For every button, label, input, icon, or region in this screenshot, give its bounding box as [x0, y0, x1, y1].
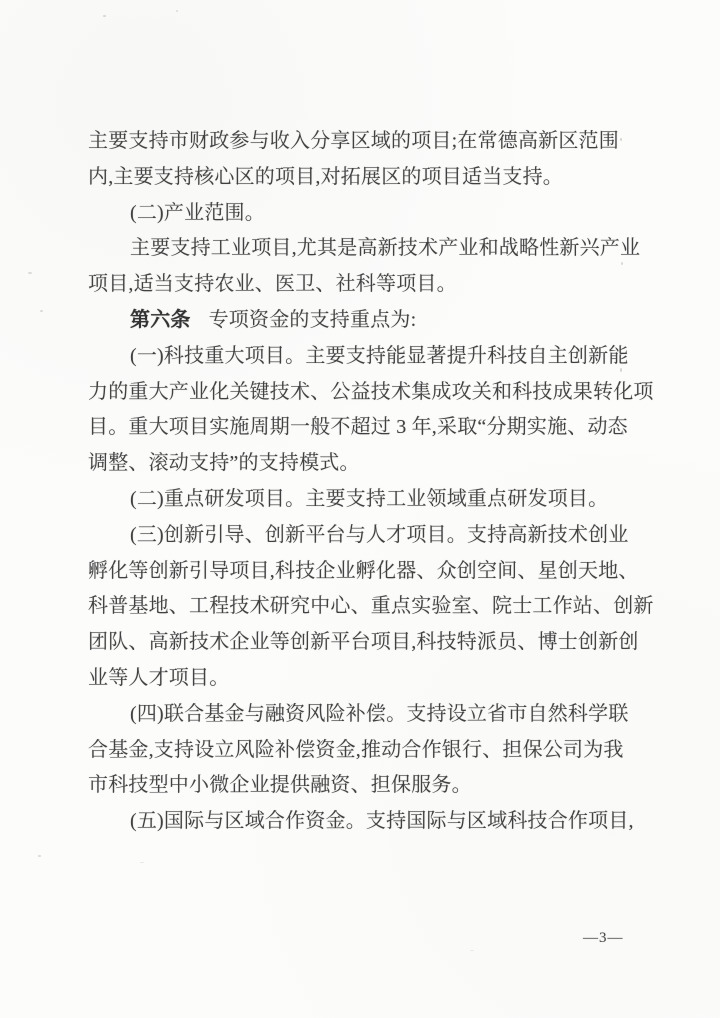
scan-speck: [38, 855, 41, 857]
text-line: 团队、高新技术企业等创新平台项目,科技特派员、博士创新创: [88, 625, 668, 661]
scan-speck: [103, 15, 106, 17]
scan-speck: [140, 862, 144, 863]
text-line: (四)联合基金与融资风险补偿。支持设立省市自然科学联: [88, 697, 668, 733]
text-line: (五)国际与区域合作资金。支持国际与区域科技合作项目,: [88, 804, 668, 840]
scan-speck: [470, 950, 474, 951]
text-line: (三)创新引导、创新平台与人才项目。支持高新技术创业: [88, 518, 668, 554]
line-text: 项目,适当支持农业、医卫、社科等项目。: [88, 273, 457, 295]
document-page: 主要支持市财政参与收入分享区域的项目;在常德高新区范围内,主要支持核心区的项目,…: [0, 0, 720, 1018]
text-line: 调整、滚动支持”的支持模式。: [88, 446, 668, 482]
article-number-label: 第六条: [130, 309, 191, 331]
line-text: 科普基地、工程技术研究中心、重点实验室、院士工作站、创新: [88, 595, 654, 617]
line-text: 主要支持市财政参与收入分享区域的项目;在常德高新区范围: [88, 130, 619, 152]
text-line: (一)科技重大项目。主要支持能显著提升科技自主创新能: [88, 339, 668, 375]
text-line: 合基金,支持设立风险补偿资金,推动合作银行、担保公司为我: [88, 733, 668, 769]
line-text: 业等人才项目。: [88, 667, 229, 689]
scan-speck: [28, 272, 32, 274]
scan-speck: [622, 432, 624, 435]
line-text: 合基金,支持设立风险补偿资金,推动合作银行、担保公司为我: [88, 739, 624, 761]
line-text: (二)产业范围。: [130, 202, 265, 224]
scan-speck: [620, 368, 622, 372]
document-body: 主要支持市财政参与收入分享区域的项目;在常德高新区范围内,主要支持核心区的项目,…: [88, 124, 668, 840]
text-line: 主要支持市财政参与收入分享区域的项目;在常德高新区范围: [88, 124, 668, 160]
scan-speck: [620, 138, 622, 141]
line-text: (一)科技重大项目。主要支持能显著提升科技自主创新能: [130, 345, 629, 367]
line-text: 专项资金的支持重点为:: [209, 309, 417, 331]
text-line: 目。重大项目实施周期一般不超过 3 年,采取“分期实施、动态: [88, 410, 668, 446]
text-line: (二)重点研发项目。主要支持工业领域重点研发项目。: [88, 482, 668, 518]
text-line: 科普基地、工程技术研究中心、重点实验室、院士工作站、创新: [88, 589, 668, 625]
line-text: 调整、滚动支持”的支持模式。: [88, 452, 360, 474]
scan-speck: [40, 310, 43, 312]
line-text: (四)联合基金与融资风险补偿。支持设立省市自然科学联: [130, 703, 629, 725]
scan-speck: [621, 262, 623, 265]
line-text: 内,主要支持核心区的项目,对拓展区的项目适当支持。: [88, 166, 563, 188]
page-number: —3—: [583, 930, 624, 947]
line-text: 市科技型中小微企业提供融资、担保服务。: [88, 774, 472, 796]
line-text: 目。重大项目实施周期一般不超过 3 年,采取“分期实施、动态: [88, 416, 628, 438]
line-text: (三)创新引导、创新平台与人才项目。支持高新技术创业: [130, 524, 629, 546]
line-text: 孵化等创新引导项目,科技企业孵化器、众创空间、星创天地、: [88, 560, 639, 582]
line-text: 主要支持工业项目,尤其是高新技术产业和战略性新兴产业: [130, 237, 640, 259]
line-text: 团队、高新技术企业等创新平台项目,科技特派员、博士创新创: [88, 631, 639, 653]
scan-speck: [176, 10, 178, 12]
text-line: 市科技型中小微企业提供融资、担保服务。: [88, 768, 668, 804]
text-line: 第六条专项资金的支持重点为:: [88, 303, 668, 339]
text-line: 项目,适当支持农业、医卫、社科等项目。: [88, 267, 668, 303]
text-line: 业等人才项目。: [88, 661, 668, 697]
line-text: (五)国际与区域合作资金。支持国际与区域科技合作项目,: [130, 810, 634, 832]
line-text: 力的重大产业化关键技术、公益技术集成攻关和科技成果转化项: [88, 381, 654, 403]
line-text: (二)重点研发项目。主要支持工业领域重点研发项目。: [130, 488, 608, 510]
text-line: 力的重大产业化关键技术、公益技术集成攻关和科技成果转化项: [88, 375, 668, 411]
text-line: 主要支持工业项目,尤其是高新技术产业和战略性新兴产业: [88, 231, 668, 267]
text-line: (二)产业范围。: [88, 196, 668, 232]
text-line: 孵化等创新引导项目,科技企业孵化器、众创空间、星创天地、: [88, 554, 668, 590]
document-lines: 主要支持市财政参与收入分享区域的项目;在常德高新区范围内,主要支持核心区的项目,…: [88, 124, 668, 840]
text-line: 内,主要支持核心区的项目,对拓展区的项目适当支持。: [88, 160, 668, 196]
